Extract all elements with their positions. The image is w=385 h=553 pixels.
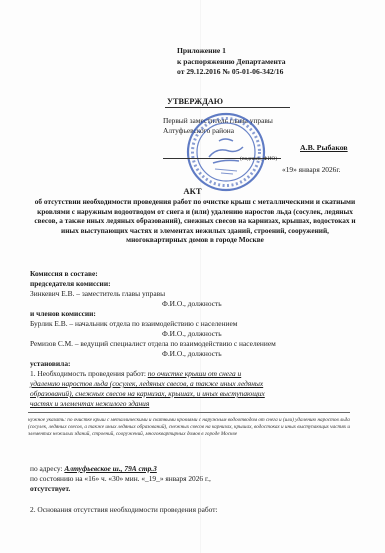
member-entry: Бурлик Е.В. – начальник отдела по взаимо… [30, 319, 276, 329]
appendix-line1: Приложение 1 [177, 46, 286, 57]
finding-item1-line3: образований), снежных свесов на карнизах… [30, 389, 276, 399]
finding-item2: 2. Основания отсутствия необходимости пр… [30, 505, 218, 514]
member-caption: Ф.И.О., должность [30, 329, 276, 339]
chair-label: председателя комиссии: [30, 279, 276, 289]
result-value: отсутствует. [30, 484, 211, 494]
appendix-line3: от 29.12.2016 № 05-01-06-342/16 [177, 67, 286, 78]
finding-item1-line2: удалению наростов льда (сосулек, ледяных… [30, 379, 276, 389]
official-stamp-icon [185, 111, 267, 193]
approval-heading: УТВЕРЖДАЮ [167, 97, 223, 106]
approval-rule [165, 107, 290, 108]
member-caption: Ф.И.О., должность [30, 349, 276, 359]
commission-heading: Комиссия в составе: [30, 269, 276, 279]
signature-caption: (подпись, ФИО) [240, 156, 277, 162]
act-title: АКТ [0, 186, 385, 196]
finding-item1: 1. Необходимость проведения работ: по оч… [30, 369, 276, 379]
appendix-line2: к распоряжению Департамента [177, 57, 286, 68]
finding-item1-prefix: 1. Необходимость проведения работ: [30, 369, 148, 378]
address-prefix: по адресу: [30, 464, 64, 473]
document-page: Приложение 1 к распоряжению Департамента… [0, 0, 385, 553]
finding-item1-line1: по очистке крыши от снега и [148, 369, 242, 378]
findings-label: установила: [30, 359, 276, 369]
address-section: по адресу: Алтуфьевское ш., 79А стр.3 по… [30, 464, 211, 494]
address-value: Алтуфьевское ш., 79А стр.3 [64, 464, 156, 473]
signatory-name: А.В. Рыбаков [300, 143, 348, 152]
chair-entry: Зинкевич Е.В. – заместитель главы управы [30, 289, 276, 299]
chair-caption: Ф.И.О., должность [30, 299, 276, 309]
state-line: по состоянию на «16» ч. «30» мин. «_19_»… [30, 474, 211, 484]
members-label: и членов комиссии: [30, 309, 276, 319]
appendix-header: Приложение 1 к распоряжению Департамента… [177, 46, 286, 78]
member-entry: Ремизов С.М. – ведущий специалист отдела… [30, 339, 276, 349]
finding-item1-line4: частях и элементах нежилого здания [30, 399, 276, 409]
address-line: по адресу: Алтуфьевское ш., 79А стр.3 [30, 464, 211, 474]
act-subtitle: об отсутствии необходимости проведения р… [34, 197, 356, 245]
commission-section: Комиссия в составе: председателя комисси… [30, 269, 276, 409]
footnote: нужное указать: по очистке крыш с металл… [28, 417, 352, 439]
approval-date: «19» января 2026г. [282, 165, 340, 174]
footnote-rule [28, 412, 350, 413]
